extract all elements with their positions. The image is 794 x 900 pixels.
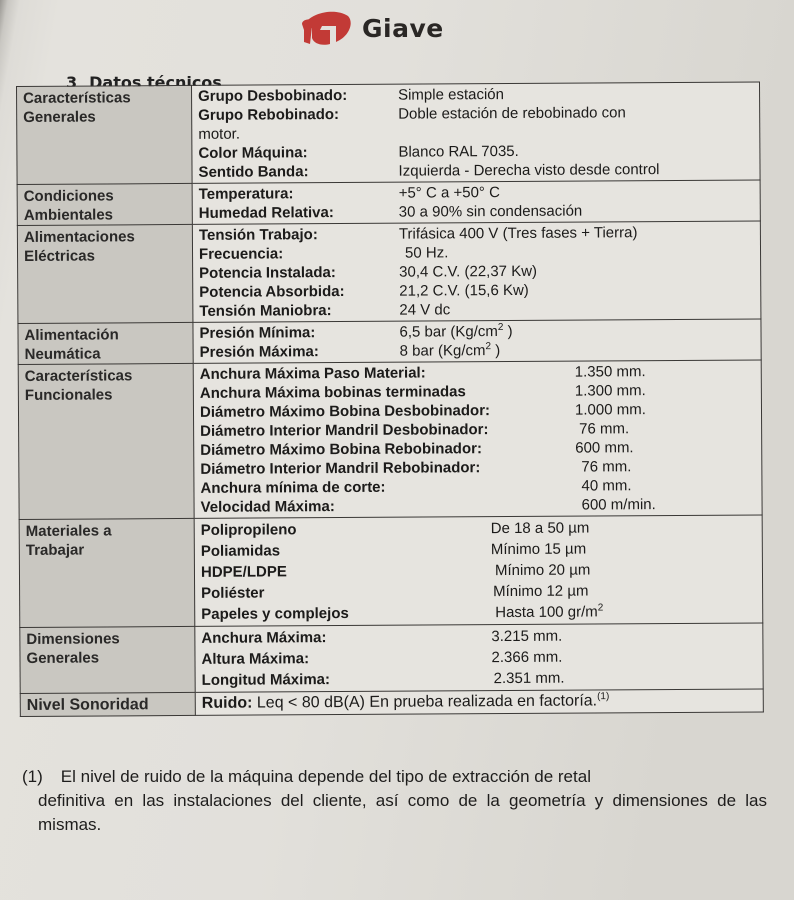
spec-label: Poliéster — [195, 581, 491, 604]
spec-label: Anchura Máxima Paso Material: — [194, 363, 575, 384]
footnote-text-continued: definitiva en las instalaciones del clie… — [22, 789, 767, 837]
table-row: Características Generales Grupo Desbobin… — [17, 82, 761, 185]
content-cell: Ruido: Leq < 80 dB(A) En prueba realizad… — [195, 689, 763, 715]
category-label: Trabajar — [26, 540, 190, 560]
spec-label: Velocidad Máxima: — [195, 496, 576, 517]
table-row: Alimentación Neumática Presión Mínima:6,… — [18, 319, 761, 365]
spec-label: Longitud Máxima: — [196, 668, 492, 691]
footnote-mark: (1) — [22, 767, 43, 786]
spec-value: 6,5 bar (Kg/cm2 ) — [399, 322, 512, 342]
content-cell: PolipropilenoDe 18 a 50 µm PoliamidasMín… — [194, 515, 763, 626]
content-cell: Grupo Desbobinado:Simple estación Grupo … — [191, 82, 760, 183]
category-cell: Nivel Sonoridad — [20, 692, 195, 716]
spec-value: Mínimo 20 µm — [491, 560, 590, 582]
document-page: Giave 3Datos técnicos Características Ge… — [0, 0, 794, 900]
category-label: Condiciones — [24, 186, 188, 206]
spec-value: 1.350 mm. — [575, 362, 646, 381]
brand-name: Giave — [362, 14, 444, 43]
spec-label: Anchura Máxima: — [195, 626, 491, 649]
category-label: Dimensiones — [26, 629, 190, 649]
spec-label: Altura Máxima: — [195, 647, 491, 670]
spec-value: Trifásica 400 V (Tres fases + Tierra) — [399, 223, 638, 243]
category-label: Funcionales — [25, 385, 189, 405]
spec-label: Presión Mínima: — [193, 323, 399, 343]
spec-value: Blanco RAL 7035. — [398, 142, 518, 162]
table-row: Nivel Sonoridad Ruido: Leq < 80 dB(A) En… — [20, 689, 763, 717]
spec-label: Presión Máxima: — [194, 342, 400, 362]
spec-label: motor. — [192, 124, 398, 144]
category-label: Generales — [23, 107, 187, 127]
giave-logo-icon — [296, 8, 352, 48]
category-cell: Dimensiones Generales — [20, 626, 195, 693]
table-row: Alimentaciones Eléctricas Tensión Trabaj… — [17, 221, 761, 324]
spec-label: Sentido Banda: — [192, 162, 398, 182]
specs-table: Características Generales Grupo Desbobin… — [16, 81, 764, 717]
category-cell: Alimentación Neumática — [18, 322, 193, 364]
category-cell: Características Funcionales — [18, 363, 194, 519]
spec-value: 600 m/min. — [576, 495, 656, 514]
footnote: (1)El nivel de ruido de la máquina depen… — [22, 765, 767, 837]
content-cell: Presión Mínima:6,5 bar (Kg/cm2 ) Presión… — [193, 319, 761, 363]
spec-value: 3.215 mm. — [491, 626, 562, 647]
noise-level-value: Ruido: Leq < 80 dB(A) En prueba realizad… — [196, 690, 763, 713]
category-cell: Alimentaciones Eléctricas — [17, 224, 193, 323]
spec-label: Anchura mínima de corte: — [194, 477, 575, 498]
spec-label: Diámetro Interior Mandril Rebobinador: — [194, 458, 575, 479]
spec-value: 21,2 C.V. (15,6 Kw) — [399, 281, 529, 301]
category-label: Materiales a — [26, 521, 190, 541]
spec-value: Hasta 100 gr/m2 — [491, 601, 603, 623]
content-cell: Temperatura:+5° C a +50° C Humedad Relat… — [192, 180, 760, 224]
brand-logo: Giave — [296, 8, 444, 48]
spec-value: 1.300 mm. — [575, 381, 646, 400]
spec-label: Papeles y complejos — [195, 602, 491, 625]
footnote-text: El nivel de ruido de la máquina depende … — [61, 767, 591, 786]
spec-value: 2.366 mm. — [491, 647, 562, 668]
spec-label: Temperatura: — [193, 184, 399, 204]
spec-label: Frecuencia: — [193, 244, 399, 264]
spec-value: Simple estación — [398, 85, 504, 105]
spec-label: Polipropileno — [195, 518, 491, 541]
spec-value: Izquierda - Derecha visto desde control — [398, 160, 659, 181]
spec-value: 24 V dc — [399, 300, 450, 319]
spec-value: 1.000 mm. — [575, 400, 646, 419]
category-label: Eléctricas — [24, 246, 188, 266]
spec-label: Potencia Instalada: — [193, 263, 399, 283]
spec-label: Tensión Maniobra: — [193, 301, 399, 321]
category-label: Alimentación — [24, 325, 188, 345]
spec-label: Color Máquina: — [192, 143, 398, 163]
spec-label: Humedad Relativa: — [193, 203, 399, 223]
spec-value: 76 mm. — [575, 457, 631, 476]
spec-value: 40 mm. — [575, 476, 631, 495]
spec-label: HDPE/LDPE — [195, 560, 491, 583]
spec-value: Mínimo 15 µm — [491, 539, 586, 561]
spec-label: Potencia Absorbida: — [193, 282, 399, 302]
spec-value: 30,4 C.V. (22,37 Kw) — [399, 262, 537, 282]
category-cell: Materiales a Trabajar — [19, 518, 195, 627]
spec-label: Grupo Desbobinado: — [192, 86, 398, 106]
spec-value: 76 mm. — [575, 419, 629, 438]
spec-label: Diámetro Máximo Bobina Rebobinador: — [194, 439, 575, 460]
category-label: Ambientales — [24, 205, 188, 225]
spec-value: 50 Hz. — [399, 243, 448, 262]
category-cell: Características Generales — [17, 85, 193, 184]
spec-value: De 18 a 50 µm — [491, 518, 590, 540]
table-row: Condiciones Ambientales Temperatura:+5° … — [17, 180, 760, 226]
category-label: Alimentaciones — [24, 227, 188, 247]
spec-value: 600 mm. — [575, 438, 633, 457]
table-row: Dimensiones Generales Anchura Máxima:3.2… — [20, 623, 763, 694]
content-cell: Tensión Trabajo:Trifásica 400 V (Tres fa… — [192, 221, 761, 322]
spec-label: Diámetro Interior Mandril Desbobinador: — [194, 420, 575, 441]
category-cell: Condiciones Ambientales — [17, 183, 192, 225]
spec-value: Mínimo 12 µm — [491, 581, 588, 603]
category-label: Neumática — [25, 344, 189, 364]
spec-value: Doble estación de rebobinado con — [398, 103, 626, 123]
category-label: Características — [23, 88, 187, 108]
table-row: Características Funcionales Anchura Máxi… — [18, 360, 762, 520]
spec-value: 2.351 mm. — [492, 668, 565, 689]
category-label: Características — [25, 366, 189, 386]
spec-label: Grupo Rebobinado: — [192, 105, 398, 125]
category-label: Generales — [26, 648, 190, 668]
spec-label: Tensión Trabajo: — [193, 225, 399, 245]
spec-value: 30 a 90% sin condensación — [399, 202, 583, 222]
content-cell: Anchura Máxima:3.215 mm. Altura Máxima:2… — [195, 623, 763, 692]
spec-value: 8 bar (Kg/cm2 ) — [400, 341, 501, 361]
content-cell: Anchura Máxima Paso Material:1.350 mm. A… — [193, 360, 762, 518]
spec-label: Diámetro Máximo Bobina Desbobinador: — [194, 401, 575, 422]
spec-label: Poliamidas — [195, 539, 491, 562]
spec-label: Anchura Máxima bobinas terminadas — [194, 382, 575, 403]
spec-value: +5° C a +50° C — [399, 183, 500, 203]
table-row: Materiales a Trabajar PolipropilenoDe 18… — [19, 515, 763, 628]
